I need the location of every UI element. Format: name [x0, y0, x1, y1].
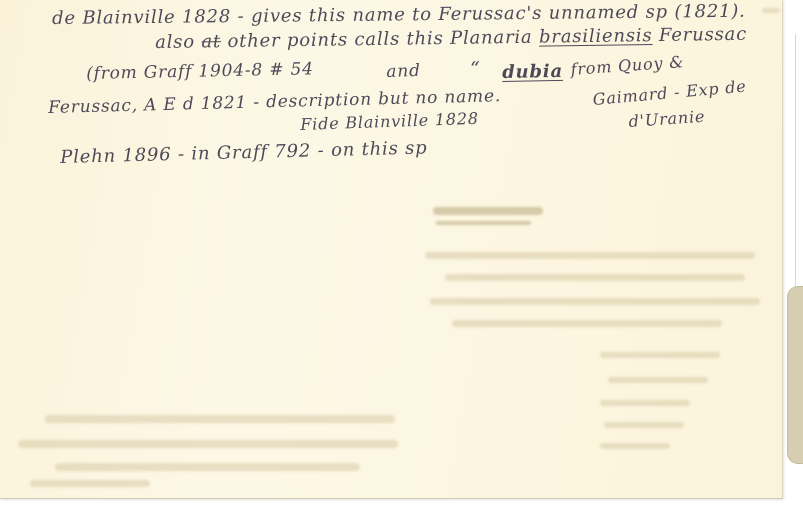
bleed-through-mark — [430, 298, 760, 305]
handwritten-line-6-plehn: Plehn 1896 - in Graff 792 - on this sp — [60, 137, 428, 168]
bleed-through-mark — [445, 274, 745, 281]
bleed-through-mark — [18, 440, 398, 448]
species-name-dubia: dubia — [502, 61, 563, 83]
bleed-through-mark — [452, 320, 722, 327]
paper-edge-line — [795, 34, 796, 286]
index-card: de Blainville 1828 - gives this name to … — [0, 0, 783, 499]
bleed-through-mark — [425, 252, 755, 259]
ditto-mark: “ — [470, 58, 481, 80]
handwritten-uranie: d'Uranie — [628, 107, 706, 131]
handwritten-word-and: and — [386, 61, 421, 82]
bleed-through-mark — [600, 400, 690, 406]
bleed-through-mark — [45, 415, 395, 423]
line2-suffix: Ferussac — [652, 24, 747, 46]
bleed-through-mark — [436, 221, 531, 225]
line2-middle: other points calls this Planaria — [221, 27, 539, 52]
handwritten-line-2: also at other points calls this Planaria… — [155, 24, 747, 53]
line2-prefix: also — [155, 31, 202, 53]
handwritten-gaimard-exp: Gaimard - Exp de — [592, 77, 747, 109]
line2-struck-word: at — [201, 31, 221, 52]
bleed-through-mark — [762, 8, 780, 13]
scanned-index-card-page: de Blainville 1828 - gives this name to … — [0, 0, 803, 506]
bleed-through-mark — [604, 422, 684, 428]
handwritten-line-5-fide: Fide Blainville 1828 — [300, 109, 479, 134]
handwritten-from-quoy: from Quoy & — [570, 52, 685, 79]
card-behind-edge — [787, 286, 803, 464]
bleed-through-mark — [600, 352, 720, 358]
bleed-through-mark — [55, 463, 360, 471]
bleed-through-mark — [30, 480, 150, 487]
handwritten-line-3-reference: (from Graff 1904-8 # 54 — [86, 59, 314, 84]
bleed-through-mark — [600, 443, 670, 449]
species-name-brasiliensis: brasiliensis — [539, 25, 653, 48]
bleed-through-mark — [608, 377, 708, 383]
bleed-through-mark — [433, 207, 543, 215]
